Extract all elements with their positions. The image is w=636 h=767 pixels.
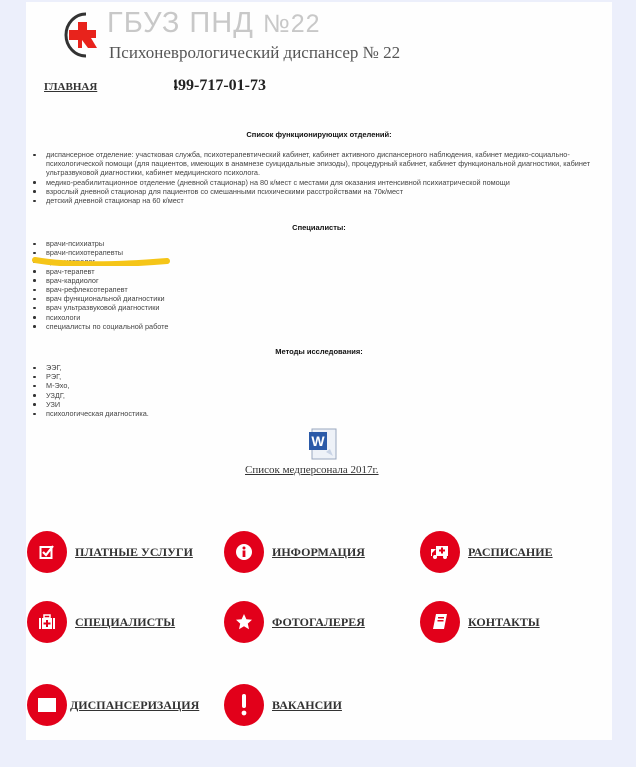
list-item: врач-кардиолог xyxy=(26,276,326,285)
book-icon[interactable] xyxy=(420,601,460,643)
tile-label[interactable]: ВАКАНСИИ xyxy=(272,698,342,713)
site-subtitle: Психоневрологический диспансер № 22 xyxy=(109,43,400,63)
list-item: врач функциональной диагностики xyxy=(26,294,326,303)
list-item: ЭЭГ, xyxy=(26,363,326,372)
svg-text:W: W xyxy=(311,433,325,449)
tile-label[interactable]: ДИСПАНСЕРИЗАЦИЯ xyxy=(70,698,199,713)
list-item: психологи xyxy=(26,313,326,322)
star-icon[interactable] xyxy=(224,601,264,643)
medical-kit-icon[interactable] xyxy=(27,601,67,643)
list-item: УЗИ xyxy=(26,400,326,409)
specialists-title: Специалисты: xyxy=(26,223,612,232)
site-title-text: ГБУЗ ПНД xyxy=(107,7,254,39)
tile-label[interactable]: КОНТАКТЫ xyxy=(468,615,540,630)
list-item: специалисты по социальной работе xyxy=(26,322,326,331)
tile-label[interactable]: ИНФОРМАЦИЯ xyxy=(272,545,365,560)
list-item: диспансерное отделение: участковая служб… xyxy=(26,150,591,178)
exclamation-icon[interactable] xyxy=(224,684,264,726)
tile-label[interactable]: ПЛАТНЫЕ УСЛУГИ xyxy=(75,545,193,560)
staff-list-link[interactable]: Список медперсонала 2017г. xyxy=(245,464,379,476)
tile-contacts[interactable]: КОНТАКТЫ xyxy=(420,601,540,643)
tile-schedule[interactable]: РАСПИСАНИЕ xyxy=(420,531,553,573)
list-item: М-Эхо, xyxy=(26,381,326,390)
methods-title: Методы исследования: xyxy=(26,347,612,356)
specialists-list: врачи-психиатрыврачи-психотерапевтыврач-… xyxy=(26,239,326,331)
tile-specialists[interactable]: СПЕЦИАЛИСТЫ xyxy=(27,601,175,643)
site-title-number: №22 xyxy=(263,10,321,38)
yellow-highlight-mark xyxy=(32,256,170,266)
list-item: врач ультразвуковой диагностики xyxy=(26,303,326,312)
list-item: РЭГ, xyxy=(26,372,326,381)
tile-information[interactable]: ИНФОРМАЦИЯ xyxy=(224,531,365,573)
list-item: взрослый дневной стационар для пациентов… xyxy=(26,187,591,196)
methods-list: ЭЭГ,РЭГ,М-Эхо,УЗДГ,УЗИпсихологическая ди… xyxy=(26,363,326,418)
list-item: психологическая диагностика. xyxy=(26,409,326,418)
ambulance-icon[interactable] xyxy=(420,531,460,573)
tile-paid-services[interactable]: ПЛАТНЫЕ УСЛУГИ xyxy=(27,531,193,573)
tile-medical-examination[interactable]: ДИСПАНСЕРИЗАЦИЯ xyxy=(27,684,199,726)
checkbox-icon[interactable] xyxy=(27,531,67,573)
tile-label[interactable]: ФОТОГАЛЕРЕЯ xyxy=(272,615,365,630)
logo-icon xyxy=(64,10,104,60)
tile-label[interactable]: РАСПИСАНИЕ xyxy=(468,545,553,560)
word-document-icon[interactable]: W xyxy=(308,428,338,460)
list-item: врачи-психиатры xyxy=(26,239,326,248)
list-item: медико-реабилитационное отделение (дневн… xyxy=(26,178,591,187)
list-item: УЗДГ, xyxy=(26,391,326,400)
list-item: детский дневной стационар на 60 к/мест xyxy=(26,196,591,205)
departments-list: диспансерное отделение: участковая служб… xyxy=(26,150,591,205)
tile-photo-gallery[interactable]: ФОТОГАЛЕРЕЯ xyxy=(224,601,365,643)
info-icon[interactable] xyxy=(224,531,264,573)
site-title: ГБУЗ ПНД №22 xyxy=(107,7,321,40)
departments-title: Список функционирующих отделений: xyxy=(26,130,612,139)
tile-label[interactable]: СПЕЦИАЛИСТЫ xyxy=(75,615,175,630)
nav-home-link[interactable]: ГЛАВНАЯ xyxy=(44,81,97,93)
list-item: врач-рефлексотерапевт xyxy=(26,285,326,294)
list-item: врач-терапевт xyxy=(26,267,326,276)
phone-number: 499-717-01-73 xyxy=(170,77,266,95)
tile-vacancies[interactable]: ВАКАНСИИ xyxy=(224,684,342,726)
square-icon[interactable] xyxy=(27,684,67,726)
